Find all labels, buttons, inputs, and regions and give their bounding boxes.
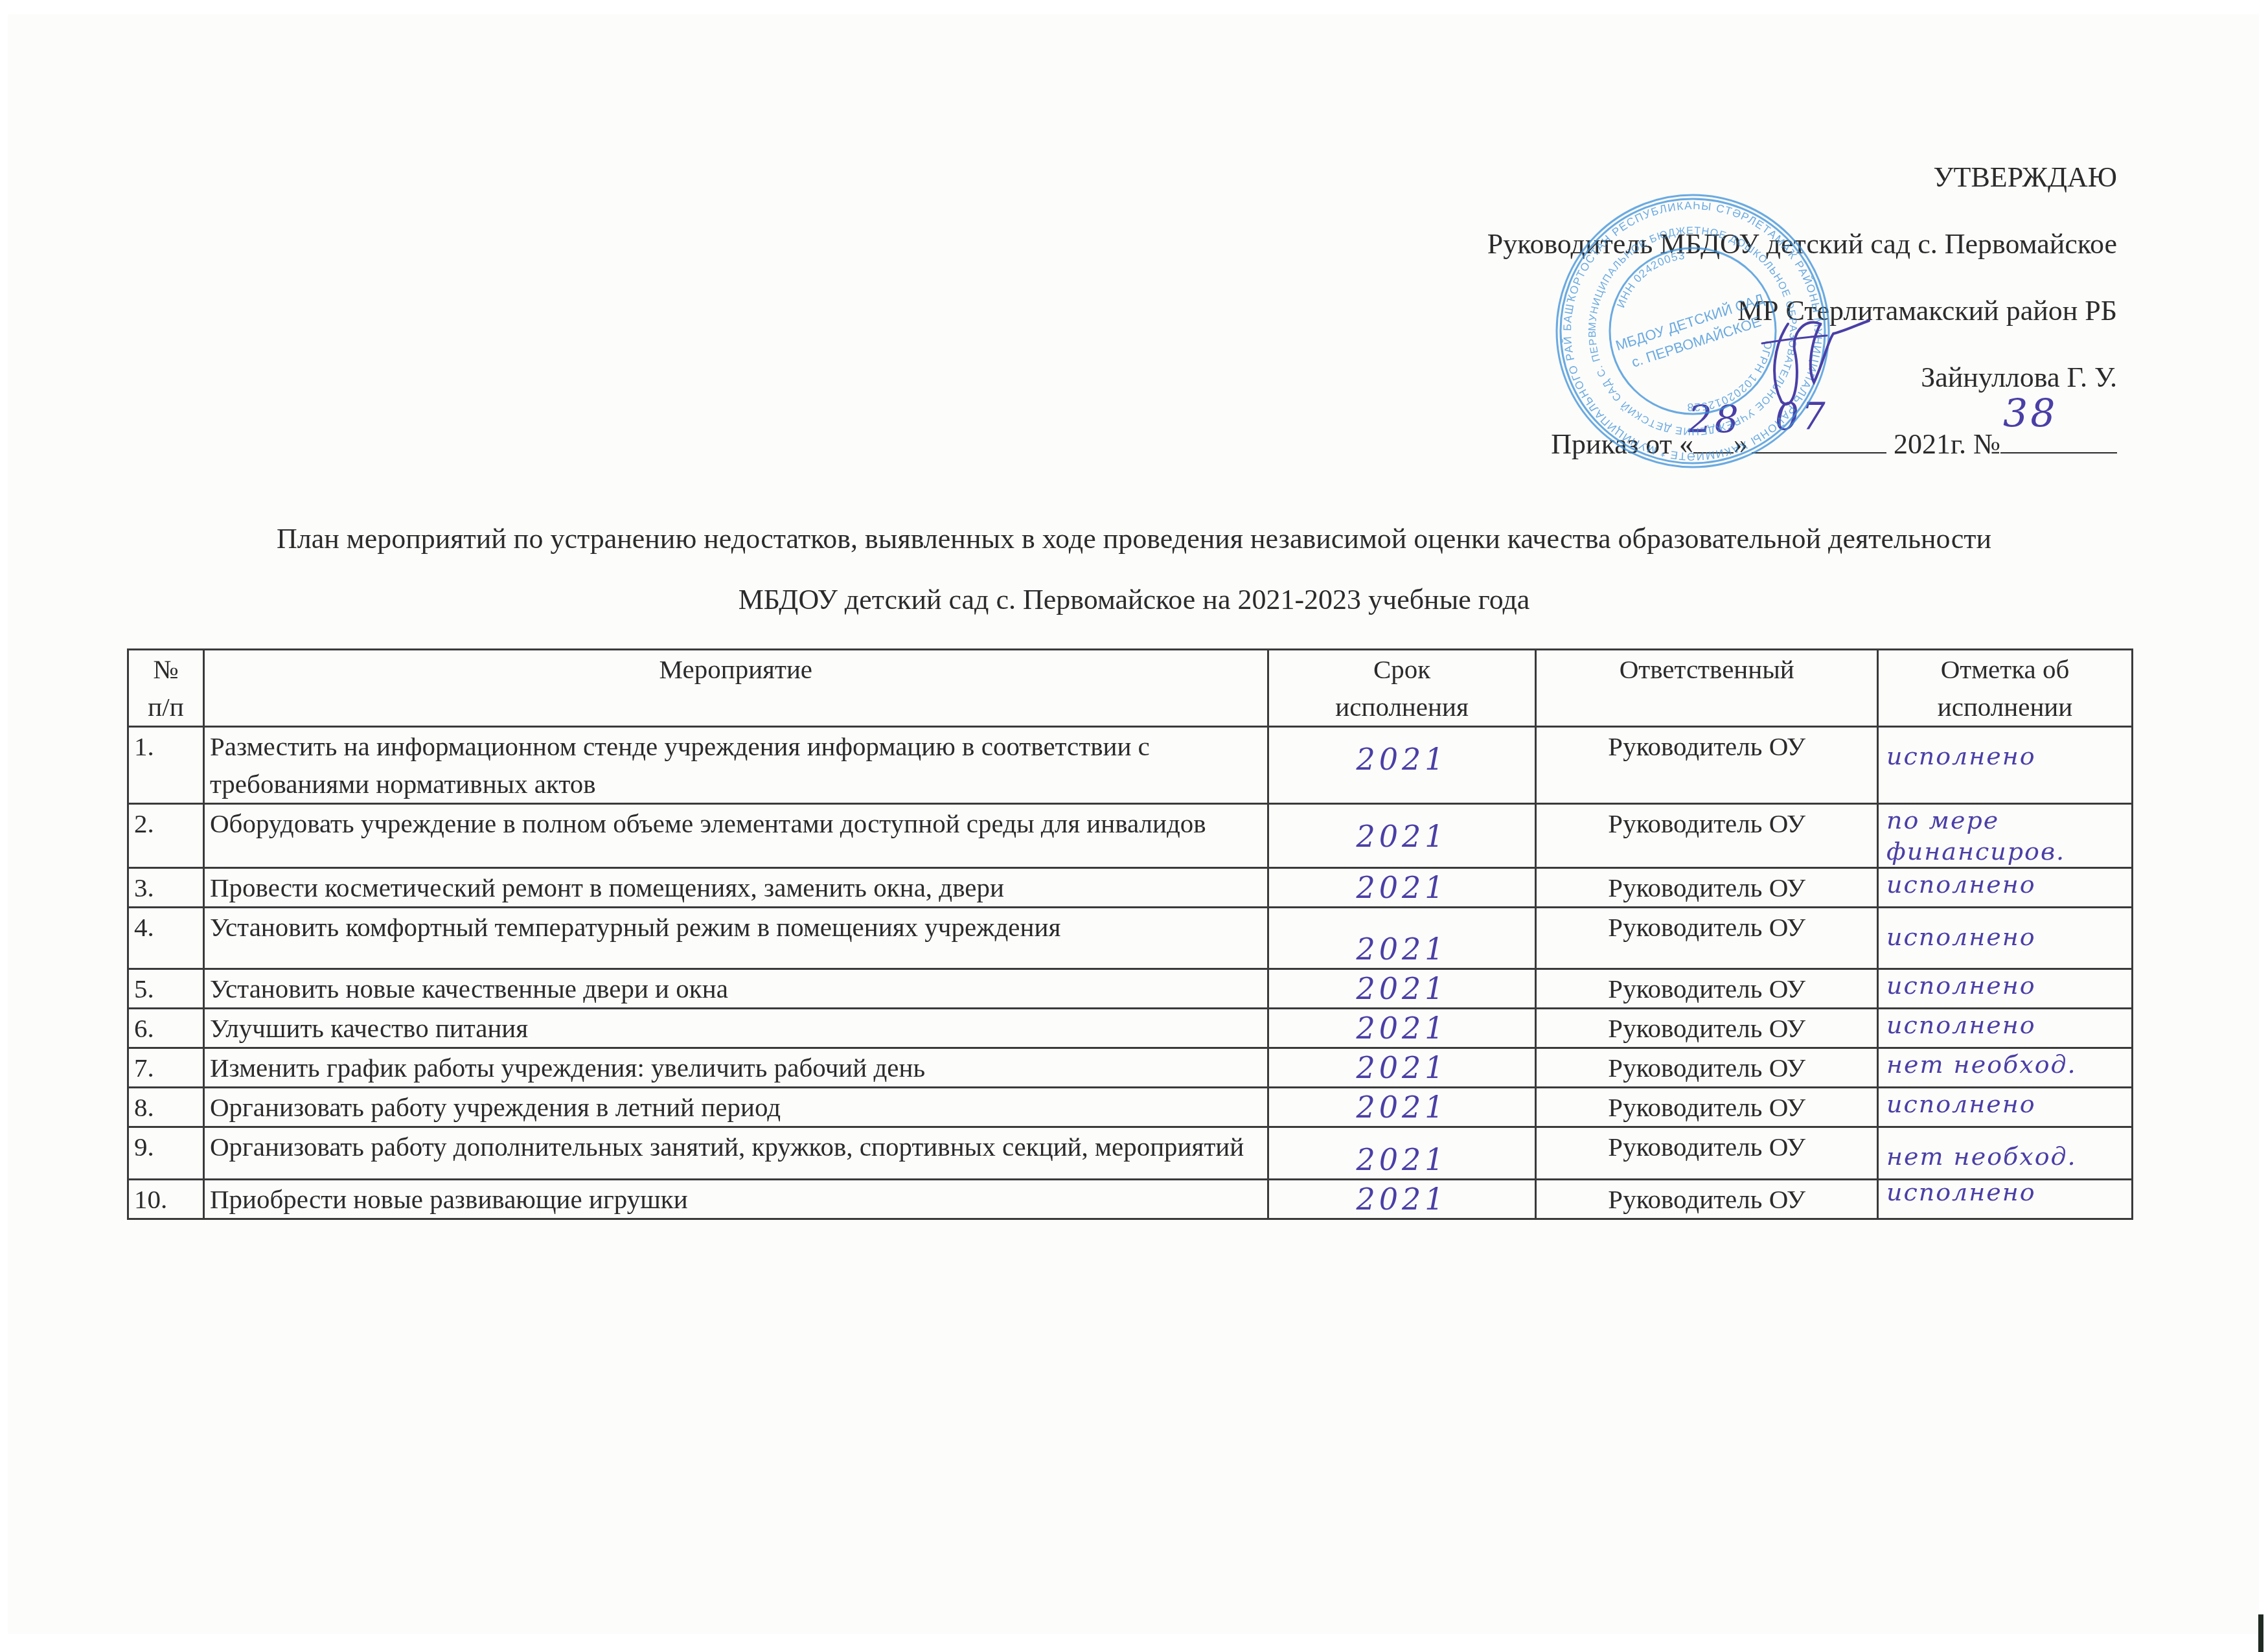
row-term-handwritten: 2021 [1274, 970, 1530, 1007]
scan-edge-artifact [2258, 1614, 2263, 1652]
row-num: 5. [128, 969, 204, 1009]
row-responsible: Руководитель ОУ [1536, 1180, 1878, 1219]
row-num: 10. [128, 1180, 204, 1219]
row-mark-handwritten: исполнено [1884, 869, 2126, 900]
row-num: 7. [128, 1048, 204, 1088]
approval-position: Руководитель МБДОУ детский сад с. Первом… [1487, 211, 2117, 277]
header-mark: Отметка обисполнении [1877, 650, 2132, 727]
row-num: 2. [128, 804, 204, 868]
row-activity: Организовать работу дополнительных занят… [203, 1127, 1268, 1180]
row-num: 1. [128, 727, 204, 804]
row-term-handwritten: 2021 [1274, 1128, 1530, 1178]
table-row: 3. Провести косметический ремонт в помещ… [128, 868, 2133, 908]
row-term-handwritten: 2021 [1274, 1088, 1530, 1126]
row-activity: Изменить график работы учреждения: увели… [203, 1048, 1268, 1088]
row-activity: Организовать работу учреждения в летний … [203, 1088, 1268, 1127]
row-mark-handwritten: исполнено [1884, 728, 2126, 772]
row-term-handwritten: 2021 [1274, 908, 1530, 968]
table-row: 5. Установить новые качественные двери и… [128, 969, 2133, 1009]
approval-heading: УТВЕРЖДАЮ [1487, 144, 2117, 211]
order-year: 2021г. № [1894, 428, 2000, 460]
order-number-handwritten: 38 [2003, 381, 2057, 448]
header-num: №п/п [128, 650, 204, 727]
row-responsible: Руководитель ОУ [1536, 727, 1878, 804]
order-prefix: Приказ от « [1551, 428, 1693, 460]
order-month-field: 07 [1752, 426, 1886, 453]
row-term-handwritten: 2021 [1274, 805, 1530, 855]
row-term-handwritten: 2021 [1274, 1049, 1530, 1086]
row-responsible: Руководитель ОУ [1536, 1048, 1878, 1088]
action-plan-table: №п/п Мероприятие Срокисполнения Ответств… [127, 648, 2133, 1220]
row-mark-handwritten: исполнено [1884, 1009, 2126, 1040]
row-activity: Разместить на информационном стенде учре… [203, 727, 1268, 804]
table-row: 2. Оборудовать учреждение в полном объем… [128, 804, 2133, 868]
approval-district: МР Стерлитамакский район РБ [1487, 277, 2117, 344]
row-term-handwritten: 2021 [1274, 869, 1530, 906]
table-row: 8. Организовать работу учреждения в летн… [128, 1088, 2133, 1127]
approval-block: УТВЕРЖДАЮ Руководитель МБДОУ детский сад… [1487, 144, 2117, 477]
row-activity: Провести косметический ремонт в помещени… [203, 868, 1268, 908]
order-day-field: 28 [1693, 426, 1734, 453]
row-activity: Улучшить качество питания [203, 1009, 1268, 1048]
row-responsible: Руководитель ОУ [1536, 969, 1878, 1009]
order-number-field: 38 [2000, 426, 2117, 453]
row-num: 3. [128, 868, 204, 908]
row-term-handwritten: 2021 [1274, 1009, 1530, 1047]
row-term-handwritten: 2021 [1274, 1180, 1530, 1218]
row-mark-handwritten: исполнено [1884, 908, 2126, 952]
row-responsible: Руководитель ОУ [1536, 804, 1878, 868]
document-title-line1: План мероприятий по устранению недостатк… [0, 522, 2268, 555]
table-row: 10. Приобрести новые развивающие игрушки… [128, 1180, 2133, 1219]
row-activity: Приобрести новые развивающие игрушки [203, 1180, 1268, 1219]
row-mark-handwritten: исполнено [1884, 1176, 2126, 1208]
header-activity: Мероприятие [203, 650, 1268, 727]
row-num: 9. [128, 1127, 204, 1180]
row-mark-handwritten: по мере финансиров. [1884, 805, 2120, 867]
table-row: 4. Установить комфортный температурный р… [128, 908, 2133, 969]
row-num: 6. [128, 1009, 204, 1048]
row-responsible: Руководитель ОУ [1536, 908, 1878, 969]
row-mark-handwritten: исполнено [1884, 970, 2126, 1001]
order-day-handwritten: 28 [1688, 386, 1741, 453]
order-line: Приказ от «28»07 2021г. №38 [1487, 411, 2117, 477]
row-responsible: Руководитель ОУ [1536, 1088, 1878, 1127]
row-mark-handwritten: нет необход. [1884, 1049, 2126, 1080]
header-term: Срокисполнения [1268, 650, 1536, 727]
table-row: 7. Изменить график работы учреждения: ув… [128, 1048, 2133, 1088]
table-row: 1. Разместить на информационном стенде у… [128, 727, 2133, 804]
table-row: 6. Улучшить качество питания 2021 Руково… [128, 1009, 2133, 1048]
table-row: 9. Организовать работу дополнительных за… [128, 1127, 2133, 1180]
row-activity: Установить новые качественные двери и ок… [203, 969, 1268, 1009]
row-responsible: Руководитель ОУ [1536, 868, 1878, 908]
row-num: 4. [128, 908, 204, 969]
row-term-handwritten: 2021 [1274, 728, 1530, 778]
row-num: 8. [128, 1088, 204, 1127]
document-title-line2: МБДОУ детский сад с. Первомайское на 202… [0, 583, 2268, 616]
row-mark-handwritten: исполнено [1884, 1088, 2126, 1119]
row-responsible: Руководитель ОУ [1536, 1009, 1878, 1048]
order-month-handwritten: 07 [1775, 384, 1828, 450]
row-responsible: Руководитель ОУ [1536, 1127, 1878, 1180]
row-activity: Установить комфортный температурный режи… [203, 908, 1268, 969]
row-mark-handwritten: нет необход. [1884, 1128, 2126, 1172]
header-responsible: Ответственный [1536, 650, 1878, 727]
row-activity: Оборудовать учреждение в полном объеме э… [203, 804, 1268, 868]
table-header-row: №п/п Мероприятие Срокисполнения Ответств… [128, 650, 2133, 727]
